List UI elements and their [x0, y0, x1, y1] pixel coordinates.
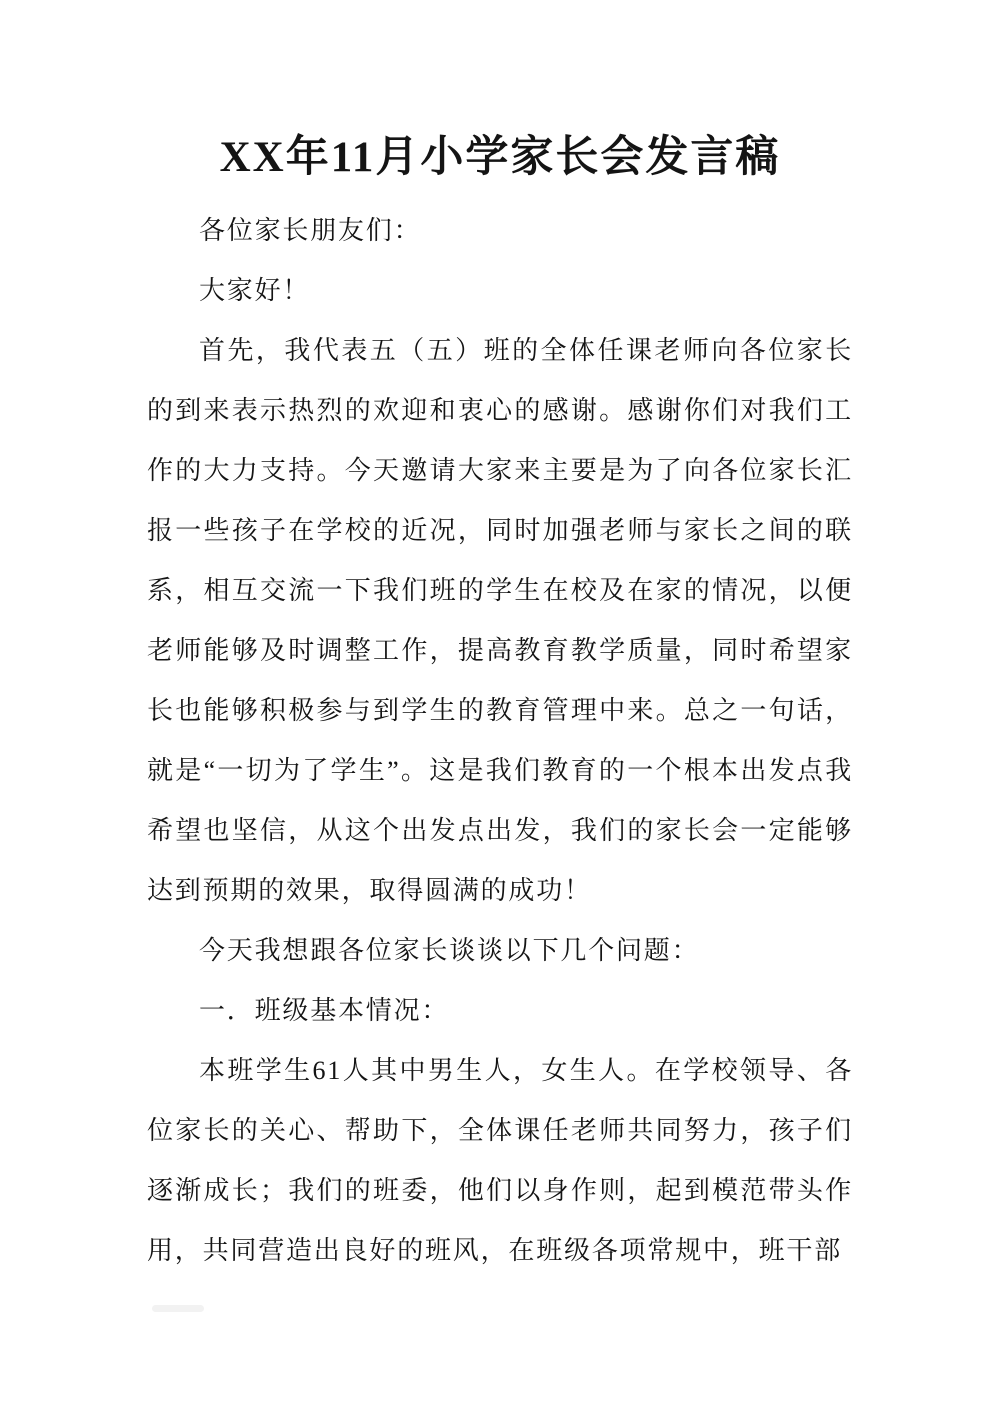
para-hello: 大家好！ — [147, 261, 853, 321]
smudge-mark — [152, 1305, 204, 1312]
document-page: XX年11月小学家长会发言稿 各位家长朋友们： 大家好！ 首先，我代表五（五）班… — [0, 0, 1000, 1415]
document-title: XX年11月小学家长会发言稿 — [147, 128, 853, 188]
document-body: 各位家长朋友们： 大家好！ 首先，我代表五（五）班的全体任课老师向各位家长的到来… — [147, 201, 853, 1281]
para-intro: 首先，我代表五（五）班的全体任课老师向各位家长的到来表示热烈的欢迎和衷心的感谢。… — [147, 321, 853, 921]
document-content: XX年11月小学家长会发言稿 各位家长朋友们： 大家好！ 首先，我代表五（五）班… — [0, 0, 1000, 1281]
para-topics-lead: 今天我想跟各位家长谈谈以下几个问题： — [147, 921, 853, 981]
para-class-overview: 本班学生61人其中男生人，女生人。在学校领导、各位家长的关心、帮助下，全体课任老… — [147, 1041, 853, 1281]
para-greeting: 各位家长朋友们： — [147, 201, 853, 261]
para-section-1-heading: 一．班级基本情况： — [147, 981, 853, 1041]
